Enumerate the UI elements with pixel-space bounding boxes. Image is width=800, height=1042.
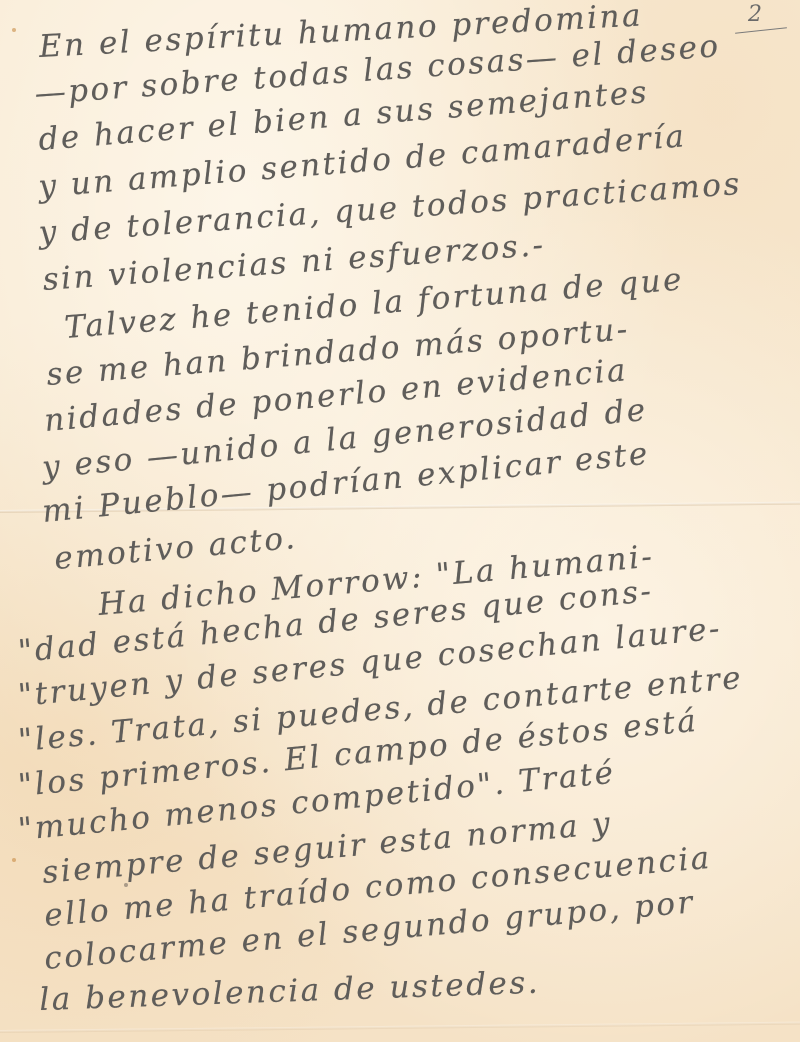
letter-page: 2 En el espíritu humano predomina —por s… — [0, 0, 800, 1042]
paper-fold-crease — [0, 1022, 800, 1033]
paper-stain — [12, 28, 16, 32]
page-number: 2 — [748, 2, 762, 27]
text-line: la benevolencia de ustedes. — [39, 965, 541, 1018]
page-number-underline — [735, 27, 787, 33]
text-line: emotivo acto. — [53, 520, 299, 577]
paper-stain — [12, 858, 16, 862]
